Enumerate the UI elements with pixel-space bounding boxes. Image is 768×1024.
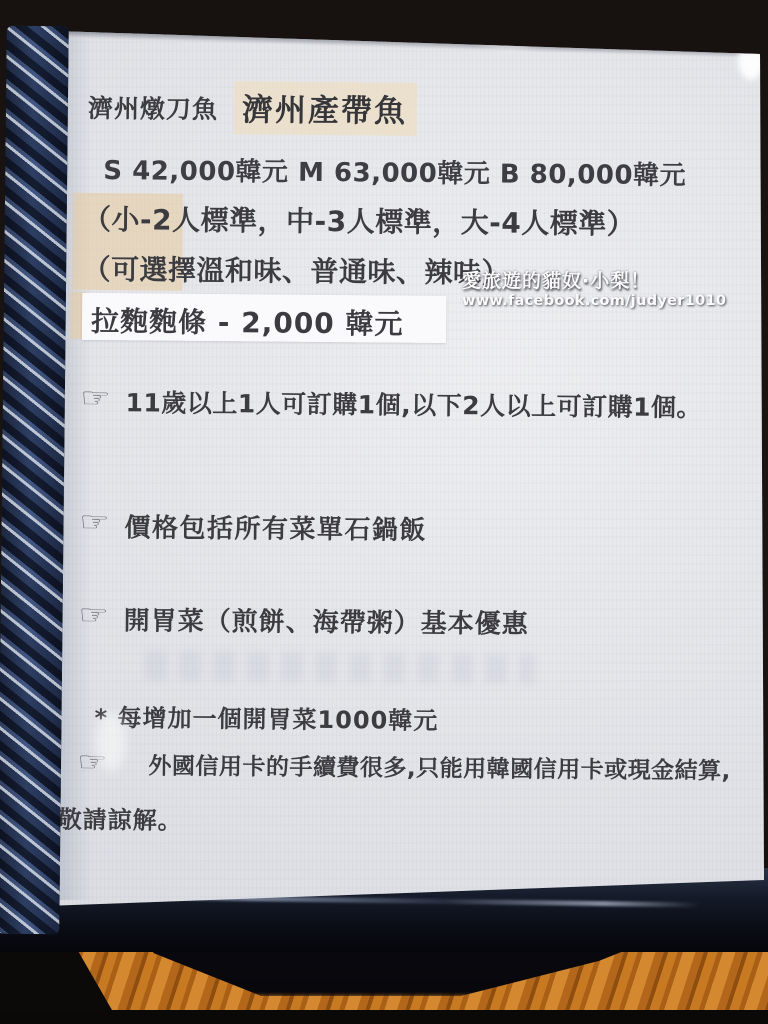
menu-photo: 濟州燉刀魚 濟州產帶魚 S 42,000韓元 M 63,000韓元 B 80,0…: [0, 0, 768, 1024]
note-row-appetizers: ☞ 開胃菜（煎餅、海帶粥）基本優惠: [81, 600, 529, 641]
price-line: S 42,000韓元 M 63,000韓元 B 80,000韓元: [103, 150, 686, 192]
watermark-url: www.facebook.com/judyer1010: [462, 293, 726, 310]
note-row-price-includes: ☞ 價格包括所有菜單石鍋飯: [82, 507, 427, 547]
note-row-payment: ☞ 外國信用卡的手續費很多,只能用韓國信用卡或現金結算,: [80, 747, 731, 786]
glare-highlight: [478, 29, 539, 47]
payment-note-continued: 敬請諒解。: [58, 800, 183, 836]
glare-highlight: [738, 40, 764, 80]
watermark: 愛旅遊的貓奴·小梨！ www.facebook.com/judyer1010: [462, 271, 726, 310]
menu-page: 濟州燉刀魚 濟州產帶魚 S 42,000韓元 M 63,000韓元 B 80,0…: [0, 0, 768, 1024]
menu-title-row: 濟州燉刀魚 濟州產帶魚: [88, 80, 417, 136]
pointing-hand-icon: ☞: [79, 507, 110, 540]
note-text: 11歲以上1人可訂購1個,以下2人以上可訂購1個。: [125, 383, 702, 424]
note-text: 開胃菜（煎餅、海帶粥）基本優惠: [124, 600, 529, 641]
ghost-show-through: [145, 650, 535, 683]
bottom-edge: [0, 1010, 768, 1024]
menu-title-highlighted: 濟州產帶魚: [234, 81, 417, 136]
glare-highlight: [96, 712, 126, 772]
noodle-addon-line: 拉麭麭條 - 2,000 韓元: [91, 300, 404, 343]
binding-coil-pattern: [0, 26, 69, 935]
flavor-choice-note: （可選擇溫和味、普通味、辣味）: [82, 248, 510, 292]
watermark-name: 愛旅遊的貓奴·小梨！: [462, 271, 726, 293]
menu-content: 濟州燉刀魚 濟州產帶魚 S 42,000韓元 M 63,000韓元 B 80,0…: [0, 0, 768, 1024]
menu-title-chinese: 濟州燉刀魚: [88, 88, 218, 125]
note-text: 外國信用卡的手續費很多,只能用韓國信用卡或現金結算,: [148, 747, 731, 785]
extra-appetizer-note: * 每增加一個開胃菜1000韓元: [94, 698, 438, 736]
pointing-hand-icon: ☞: [80, 383, 111, 416]
note-row-order-limit: ☞ 11歲以上1人可訂購1個,以下2人以上可訂購1個。: [83, 383, 702, 424]
serving-size-note: （小-2人標準，中-3人標準，大-4人標準）: [83, 198, 636, 243]
spiral-binding: [0, 26, 69, 935]
pointing-hand-icon: ☞: [78, 600, 109, 633]
note-text: 價格包括所有菜單石鍋飯: [124, 507, 427, 547]
